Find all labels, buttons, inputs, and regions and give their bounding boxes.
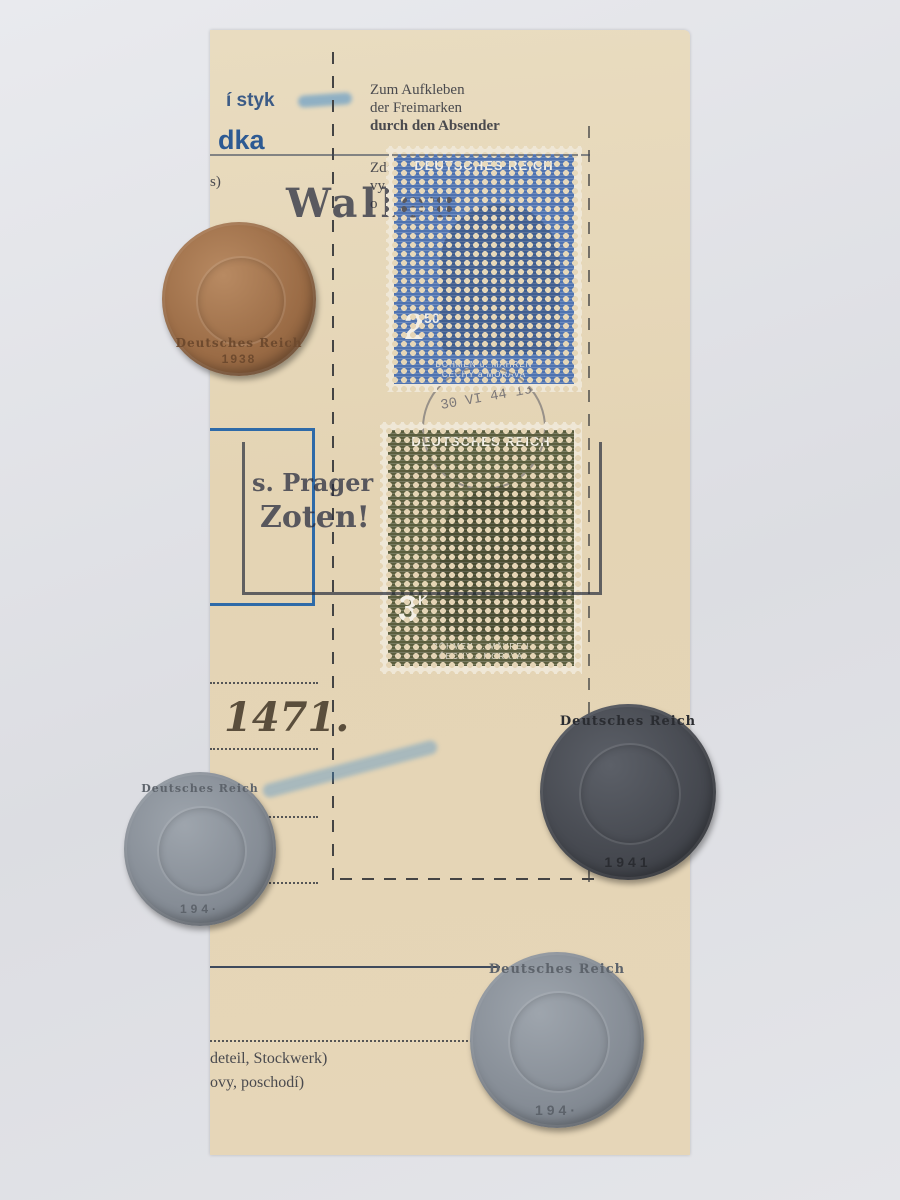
stamp-area-label-line2: der Freimarken	[370, 100, 462, 117]
coin-3-relief	[157, 806, 246, 896]
stamp-1-value: 250	[404, 306, 440, 348]
cancellation-frame	[242, 442, 602, 595]
coin-1-year: 1938	[162, 352, 316, 366]
coin-2-year: 1941	[540, 854, 716, 870]
coin-4: Deutsches Reich 194·	[470, 952, 644, 1128]
coin-1: Deutsches Reich 1938	[162, 222, 316, 376]
coin-2: Deutsches Reich 1941	[540, 704, 716, 880]
coin-3-year: 194·	[124, 902, 276, 916]
coin-4-year: 194·	[470, 1102, 644, 1118]
stamp-1-header: DEUTSCHES REICH	[394, 158, 574, 173]
coin-3: Deutsches Reich 194·	[124, 772, 276, 926]
coin-2-relief	[579, 743, 682, 846]
stamp-area-label-line1: Zum Aufkleben	[370, 82, 465, 99]
stamp-1-face: DEUTSCHES REICH 250 BÖHMEN u. MÄHREN ČEC…	[394, 154, 574, 384]
card-heading-fragment-1: í styk	[226, 90, 275, 112]
coin-2-legend: Deutsches Reich	[540, 714, 716, 729]
coin-3-legend: Deutsches Reich	[124, 782, 276, 795]
form-line	[210, 682, 318, 684]
stamp-1-portrait	[440, 204, 560, 354]
stamp-area-label-line3: durch den Absender	[370, 118, 500, 135]
stamp-1-footer: BÖHMEN u. MÄHREN ČECHY a MORAVA	[394, 360, 574, 380]
form-line	[210, 1040, 500, 1042]
coin-1-relief	[196, 256, 286, 346]
divider-horizontal	[340, 878, 595, 880]
address-label-line2: ovy, poschodí)	[210, 1074, 304, 1091]
stamp-2-footer: BÖHMEN u. MÄHREN ČECHY a MORAVA	[388, 642, 574, 662]
handwritten-number: 1471.	[224, 694, 349, 741]
coin-1-legend: Deutsches Reich	[162, 336, 316, 350]
blue-ink-mark	[298, 92, 353, 108]
form-line	[210, 748, 318, 750]
card-heading-fragment-2: dka	[218, 125, 265, 156]
card-heading-fragment-3: s)	[210, 174, 221, 191]
coin-4-legend: Deutsches Reich	[470, 962, 644, 977]
address-label-line1: deteil, Stockwerk)	[210, 1050, 327, 1067]
coin-4-relief	[508, 991, 609, 1094]
form-rule	[210, 966, 500, 968]
postage-stamp-1: DEUTSCHES REICH 250 BÖHMEN u. MÄHREN ČEC…	[386, 146, 582, 392]
